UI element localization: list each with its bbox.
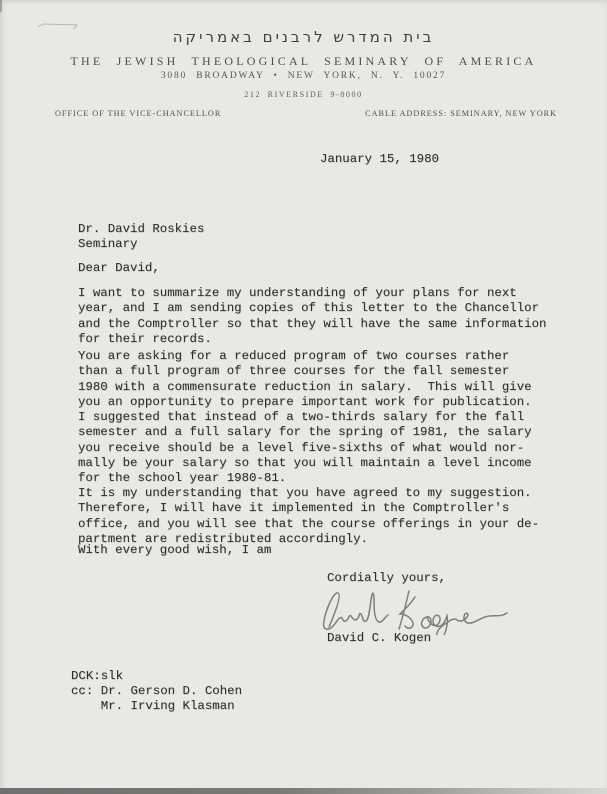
body-paragraph-4: It is my understanding that you have agr… xyxy=(78,486,539,547)
letter-page: בית המדרש לרבנים באמריקה THE JEWISH THEO… xyxy=(0,0,607,794)
letterhead-institution-name: THE JEWISH THEOLOGICAL SEMINARY OF AMERI… xyxy=(0,54,607,69)
handwritten-signature xyxy=(315,585,510,635)
valediction: Cordially yours, xyxy=(327,571,446,586)
letterhead-office-line: OFFICE OF THE VICE-CHANCELLOR xyxy=(55,109,221,118)
letterhead-hebrew-title: בית המדרש לרבנים באמריקה xyxy=(0,28,607,46)
letterhead-secondary-line: OFFICE OF THE VICE-CHANCELLOR CABLE ADDR… xyxy=(0,109,607,118)
letterhead-phone: 212 RIVERSIDE 9-8000 xyxy=(0,90,607,99)
body-paragraph-3: I suggested that instead of a two-thirds… xyxy=(78,410,532,486)
letterhead-cable-line: CABLE ADDRESS: SEMINARY, NEW YORK xyxy=(365,109,557,118)
cc-block: cc: Dr. Gerson D. Cohen Mr. Irving Klasm… xyxy=(71,684,242,715)
typed-signature-name: David C. Kogen xyxy=(327,631,431,646)
closing-line: With every good wish, I am xyxy=(78,543,271,558)
body-paragraph-2: You are asking for a reduced program of … xyxy=(78,349,532,410)
reference-initials: DCK:slk xyxy=(71,669,123,684)
letter-date: January 15, 1980 xyxy=(320,152,439,167)
scan-corner-artifact xyxy=(0,0,2,12)
body-paragraph-1: I want to summarize my understanding of … xyxy=(78,286,546,347)
letterhead-address: 3080 BROADWAY • NEW YORK, N. Y. 10027 xyxy=(0,71,607,81)
recipient-block: Dr. David Roskies Seminary xyxy=(78,222,204,253)
scan-edge-artifact xyxy=(0,788,607,794)
salutation: Dear David, xyxy=(78,261,160,276)
